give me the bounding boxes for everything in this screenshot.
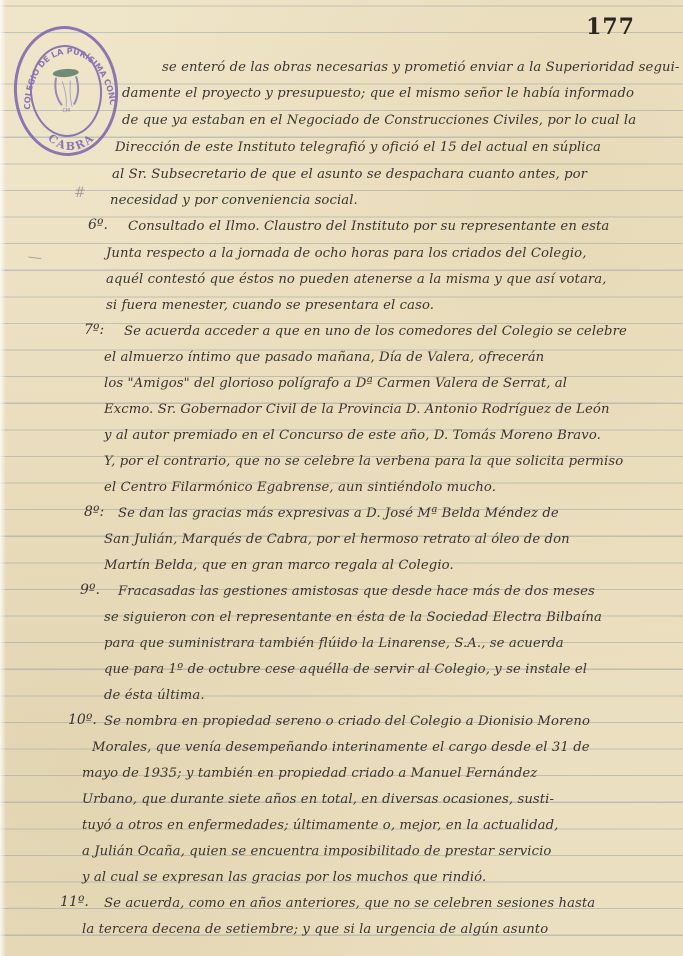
text-line: el almuerzo íntimo que pasado mañana, Dí… [104, 350, 544, 365]
text-line: Morales, que venía desempeñando interina… [92, 740, 590, 755]
text-line: se enteró de las obras necesarias y prom… [162, 60, 679, 75]
text-line: damente el proyecto y presupuesto; que e… [122, 86, 634, 101]
item-number: 9º. [80, 582, 100, 598]
stamp-bottom-text: CABRA [45, 129, 98, 155]
text-line: tuyó a otros en enfermedades; últimament… [82, 818, 558, 833]
text-line: Se nombra en propiedad sereno o criado d… [104, 714, 590, 729]
item-number: 10º. [68, 712, 97, 728]
text-line: si fuera menester, cuando se presentara … [106, 298, 434, 313]
text-line: Se acuerda acceder a que en uno de los c… [124, 324, 627, 339]
text-line: a Julián Ocaña, quien se encuentra impos… [82, 844, 551, 859]
text-line: de ésta última. [104, 688, 205, 703]
text-line: mayo de 1935; y también en propiedad cri… [82, 766, 537, 781]
paper-edge [0, 0, 6, 956]
text-line: necesidad y por conveniencia social. [110, 193, 358, 208]
pencil-mark: # [74, 185, 86, 201]
text-line: para que suministrara también flúido la … [104, 636, 564, 651]
text-line: el Centro Filarmónico Egabrense, aun sin… [104, 480, 496, 495]
text-line: de que ya estaban en el Negociado de Con… [122, 113, 636, 128]
text-line: la tercera decena de setiembre; y que si… [82, 922, 548, 937]
text-line: Consultado el Ilmo. Claustro del Institu… [128, 219, 609, 234]
text-line: al Sr. Subsecretario de que el asunto se… [112, 167, 587, 182]
item-number: 7º: [84, 322, 104, 338]
text-line: Se dan las gracias más expresivas a D. J… [118, 506, 559, 521]
item-number: 8º: [84, 504, 104, 520]
crest-icon: CM [47, 66, 86, 114]
page-number: 177 [586, 14, 635, 40]
text-line: y al autor premiado en el Concurso de es… [104, 428, 601, 443]
text-line: aquél contestó que éstos no pueden atene… [106, 272, 607, 287]
text-line: los "Amigos" del glorioso polígrafo a Dª… [104, 376, 567, 391]
svg-text:CABRA: CABRA [45, 129, 98, 155]
text-line: que para 1º de octubre cese aquélla de s… [104, 662, 587, 677]
text-line: y al cual se expresan las gracias por lo… [82, 870, 486, 885]
text-line: Junta respecto a la jornada de ocho hora… [106, 246, 587, 261]
institution-stamp: COLEGIO DE LA PURÍSIMA CONCEPCIÓN CABRA … [10, 23, 123, 160]
item-number: 11º. [60, 894, 89, 910]
text-line: Y, por el contrario, que no se celebre l… [104, 454, 623, 469]
text-line: Martín Belda, que en gran marco regala a… [104, 558, 454, 573]
text-line: San Julián, Marqués de Cabra, por el her… [104, 532, 570, 547]
text-line: Dirección de este Instituto telegrafió y… [115, 140, 601, 155]
document-page: 177 COLEGIO DE LA PURÍSIMA CONCEPCIÓN CA… [0, 0, 683, 956]
text-line: Se acuerda, como en años anteriores, que… [104, 896, 595, 911]
item-number: 6º. [88, 217, 108, 233]
text-line: Fracasadas las gestiones amistosas que d… [118, 584, 595, 599]
text-line: Urbano, que durante siete años en total,… [82, 792, 554, 807]
text-line: Excmo. Sr. Gobernador Civil de la Provin… [104, 402, 610, 417]
text-line: se siguieron con el representante en ést… [104, 610, 602, 625]
